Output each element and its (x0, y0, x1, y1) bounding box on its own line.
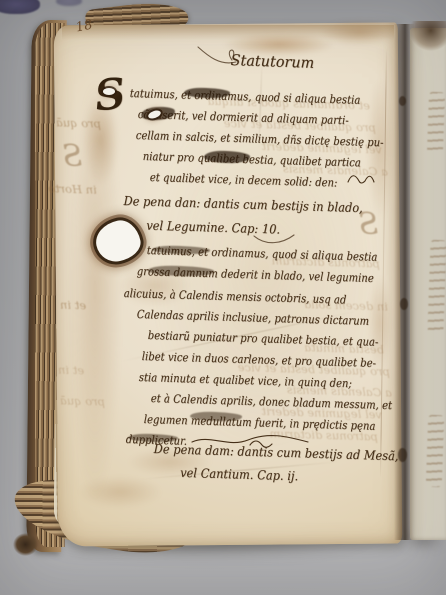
purple-object-small (56, 0, 82, 6)
facing-page-bleedthrough (427, 240, 446, 333)
heading-flourish (252, 232, 296, 246)
bleedthrough-line: pro quā (60, 395, 105, 408)
facing-page-bleedthrough (426, 415, 445, 488)
facing-page-bleedthrough (427, 92, 445, 155)
book-tail-corner (13, 533, 38, 556)
bleedthrough-line: et in (60, 300, 87, 312)
manuscript-photo: in Horto et ordinamus quod si aliqua pro… (0, 0, 446, 595)
stain (78, 476, 162, 508)
line-end-flourish (346, 172, 376, 186)
bleedthrough-flourish: S (62, 142, 83, 173)
gutter-stain (400, 298, 408, 310)
paper-hole-small (103, 88, 115, 95)
initial-letter: S (93, 71, 128, 120)
gutter-stain (398, 448, 407, 462)
facing-page-corner-stain (408, 21, 446, 53)
bleedthrough-line: et in (58, 365, 85, 377)
running-title: Statutorum (230, 52, 314, 71)
bleedthrough-line: in Horto (48, 183, 97, 196)
stain (320, 19, 398, 46)
gutter-stain (399, 96, 406, 106)
bleedthrough-line: pro quā (56, 117, 101, 130)
purple-object (0, 0, 40, 14)
